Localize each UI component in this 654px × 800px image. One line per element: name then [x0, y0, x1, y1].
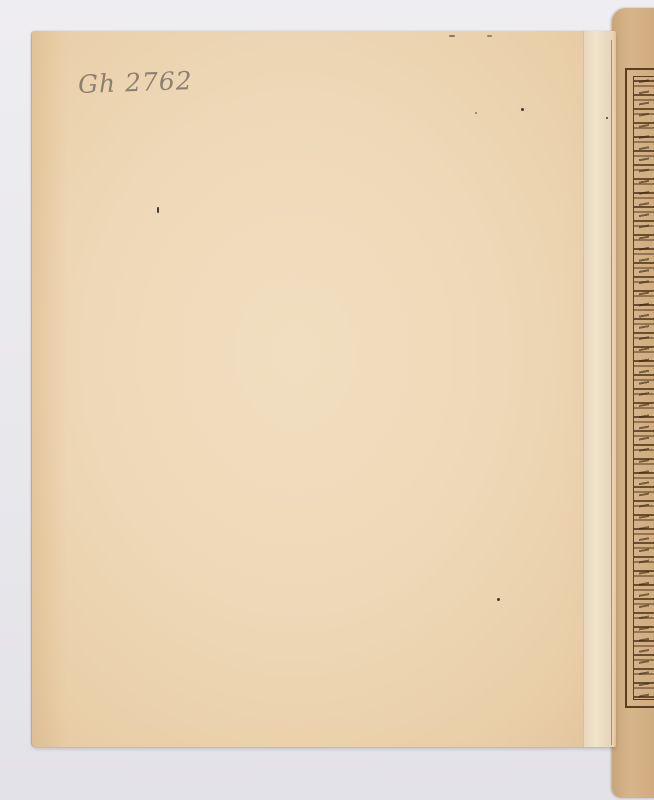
- gutter-fold-line: [611, 40, 612, 745]
- foxing-speck: [521, 108, 524, 111]
- ornamental-border: [625, 68, 654, 708]
- foxing-speck: [606, 117, 608, 119]
- book-page: [32, 31, 616, 747]
- foxing-speck: [157, 207, 159, 213]
- foxing-speck: [487, 35, 492, 37]
- binding-gutter: [583, 31, 614, 747]
- foxing-speck: [475, 112, 477, 114]
- foxing-speck: [497, 598, 500, 601]
- foxing-speck: [449, 35, 455, 37]
- ornamental-border-pattern: [633, 76, 654, 700]
- handwritten-shelfmark: Gh 2762: [78, 66, 194, 99]
